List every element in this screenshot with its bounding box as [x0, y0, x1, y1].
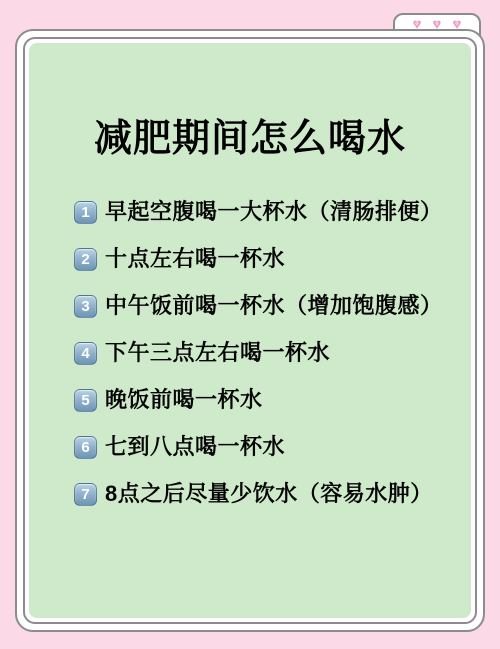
note-card-inner-frame: 减肥期间怎么喝水 1 早起空腹喝一大杯水（清肠排便） 2 十点左右喝一杯水 3 … [23, 37, 477, 624]
list-item: 3 中午饭前喝一杯水（增加饱腹感） [74, 294, 471, 318]
list-item-text: 下午三点左右喝一杯水 [105, 341, 330, 365]
number-badge: 4 [74, 342, 97, 365]
list-item: 6 七到八点喝一杯水 [74, 435, 471, 459]
list-item: 7 8点之后尽量少饮水（容易水肿） [74, 482, 471, 506]
list-item-text: 中午饭前喝一杯水（增加饱腹感） [105, 294, 443, 318]
tips-list: 1 早起空腹喝一大杯水（清肠排便） 2 十点左右喝一杯水 3 中午饭前喝一杯水（… [29, 200, 471, 506]
poster-canvas: ♥ ♥ ♥ 减肥期间怎么喝水 1 早起空腹喝一大杯水（清肠排便） 2 十点左右喝… [0, 0, 500, 649]
list-item: 4 下午三点左右喝一杯水 [74, 341, 471, 365]
number-badge: 5 [74, 389, 97, 412]
poster-background: { "page": { "background_color": "#fbd9e6… [0, 0, 500, 649]
list-item-text: 十点左右喝一杯水 [105, 247, 285, 271]
number-badge: 6 [74, 436, 97, 459]
list-item-text: 早起空腹喝一大杯水（清肠排便） [105, 200, 443, 224]
page-title: 减肥期间怎么喝水 [29, 118, 471, 160]
number-badge: 1 [74, 201, 97, 224]
list-item: 2 十点左右喝一杯水 [74, 247, 471, 271]
number-badge: 7 [74, 483, 97, 506]
list-item-text: 七到八点喝一杯水 [105, 435, 285, 459]
note-card: 减肥期间怎么喝水 1 早起空腹喝一大杯水（清肠排便） 2 十点左右喝一杯水 3 … [15, 29, 485, 632]
list-item: 5 晚饭前喝一杯水 [74, 388, 471, 412]
number-badge: 2 [74, 248, 97, 271]
number-badge: 3 [74, 295, 97, 318]
note-panel: 减肥期间怎么喝水 1 早起空腹喝一大杯水（清肠排便） 2 十点左右喝一杯水 3 … [29, 43, 471, 618]
list-item-text: 晚饭前喝一杯水 [105, 388, 263, 412]
list-item: 1 早起空腹喝一大杯水（清肠排便） [74, 200, 471, 224]
list-item-text: 8点之后尽量少饮水（容易水肿） [105, 482, 433, 506]
